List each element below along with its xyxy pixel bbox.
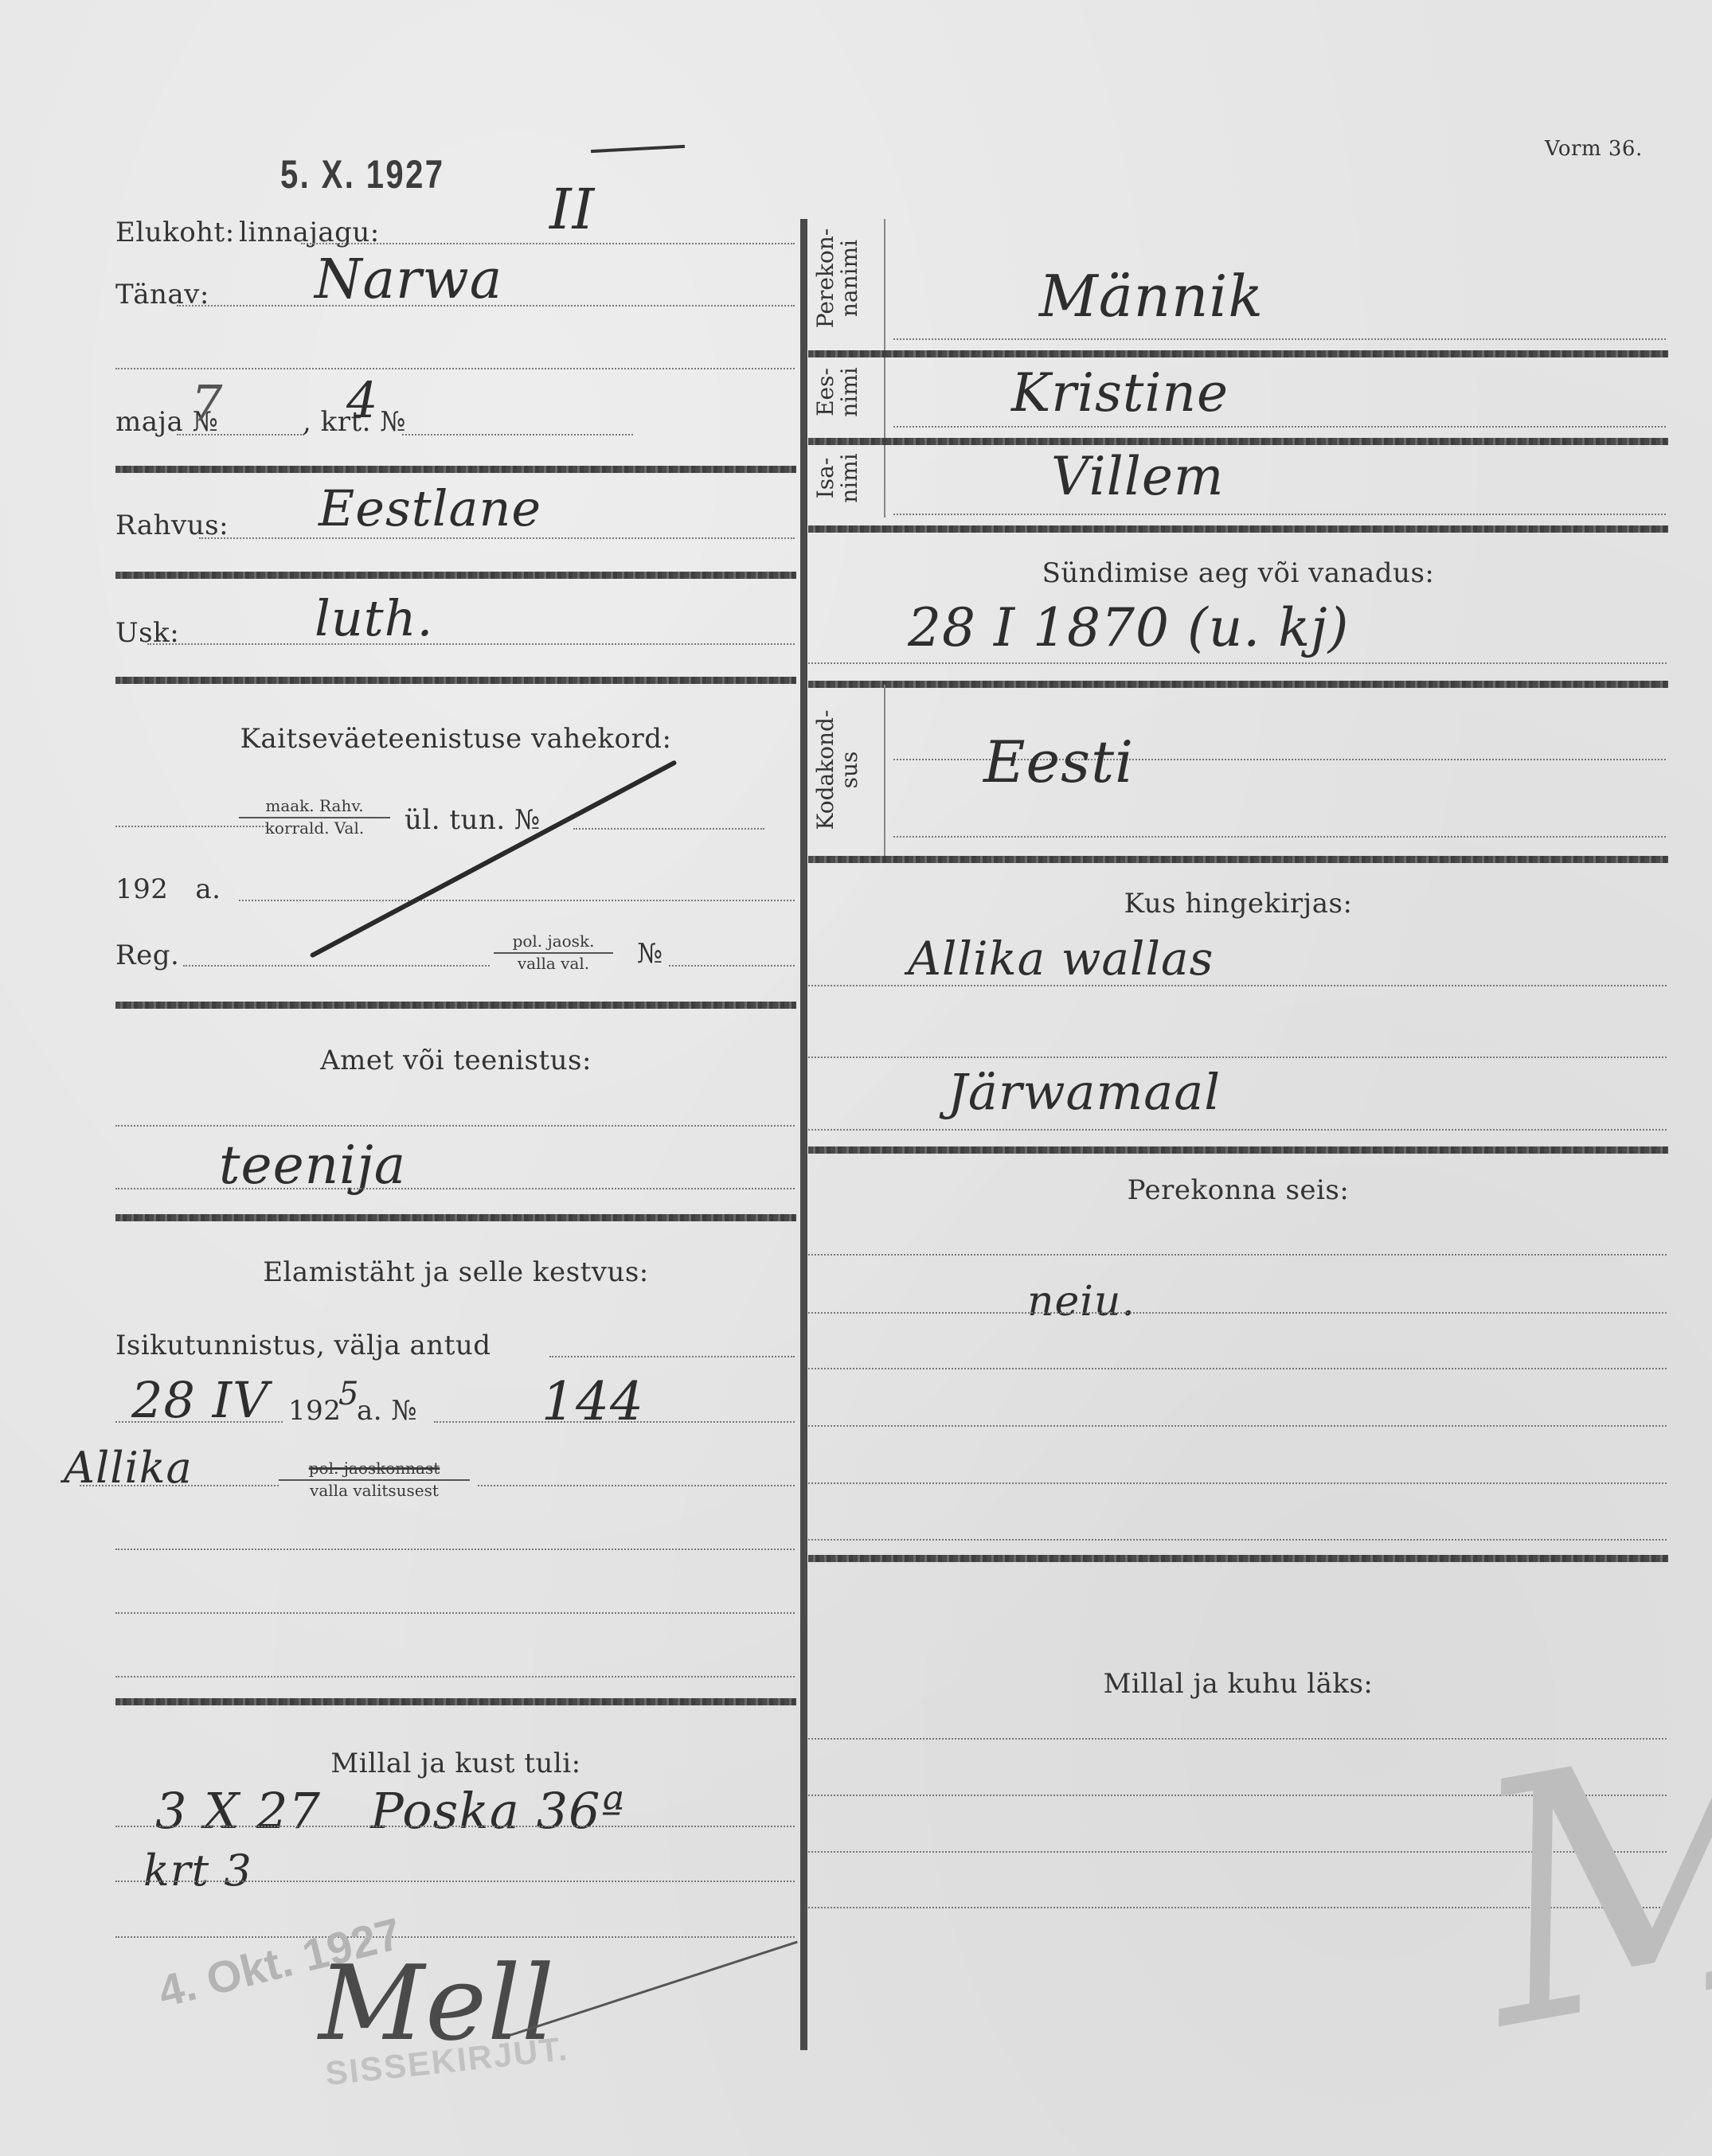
reg-frac-top: pol. jaosk. [494,932,613,954]
usk-line [147,643,795,645]
amet-line-2 [115,1188,795,1189]
hingekirjas-line1[interactable]: Allika wallas [908,932,1214,986]
divider [115,466,796,473]
form-number: Vorm 36. [1545,137,1643,161]
elamistaht-line-1 [115,1549,795,1550]
sundimise-heading: Sündimise aeg või vanadus: [808,557,1668,589]
millal-tuli-dots-1 [115,1826,795,1827]
amet-heading: Amet või teenistus: [115,1045,796,1076]
perekonna-line-1 [808,1254,1667,1256]
sundimise-value[interactable]: 28 I 1870 (u. kj) [908,597,1349,658]
sundimise-line [808,662,1667,664]
kaitse-ul-tun: ül. tun. № [405,804,541,836]
amet-value[interactable]: teenija [219,1135,406,1196]
hingekirjas-dots-2 [808,1057,1667,1058]
isik-issuer-line [80,1485,279,1486]
reg-fraction: pol. jaosk. valla val. [494,932,613,973]
year-line [239,900,795,901]
linnajagu-value[interactable]: II [549,177,595,242]
kaitse-frac-bottom: korrald. Val. [239,818,390,838]
eesnimi-line [893,426,1666,428]
year-label: 192 a. [115,873,221,905]
issuer-printed: valla valitsusest [279,1481,470,1500]
signature-bottom: Mell [319,1943,555,2064]
divider [808,681,1668,688]
kodakondsus-line-2 [893,836,1666,838]
issuer-fraction: pol. jaoskonnast valla valitsusest [279,1459,470,1500]
date-stamp-top: 5. X. 1927 [280,151,444,197]
perekonna-seis-value[interactable]: neiu. [1027,1278,1135,1326]
krt-line [402,434,633,435]
perekonna-seis-heading: Perekonna seis: [808,1174,1668,1206]
perekonna-line-4 [808,1425,1667,1427]
isik-no-value[interactable]: 144 [541,1371,644,1432]
reg-label: Reg. [115,939,179,971]
millal-tuli-line2[interactable]: krt 3 [143,1845,252,1896]
divider [808,350,1668,357]
elukoht-label: Elukoht: [115,217,235,248]
millal-laks-heading: Millal ja kuhu läks: [808,1668,1668,1700]
divider [115,1698,796,1705]
kaitse-no-line [573,828,764,830]
reg-line [183,965,490,967]
perekonnanimi-line [893,338,1666,340]
cancel-stroke [310,760,678,958]
perekonna-line-2 [808,1312,1667,1314]
kaitse-heading: Kaitseväeteenistuse vahekord: [115,723,796,755]
hingekirjas-line2[interactable]: Järwamaal [948,1063,1221,1121]
maja-value[interactable]: 7 [191,374,223,432]
perekonna-line-3 [808,1368,1667,1369]
isanimi-label: Isa- nimi [814,440,862,516]
isik-date-value[interactable]: 28 IV [131,1371,269,1429]
kaitse-frac-top: maak. Rahv. [239,796,390,818]
maja-line [177,434,304,435]
millal-tuli-line1[interactable]: 3 X 27 Poska 36ª [155,1782,625,1840]
isanimi-line [893,514,1666,515]
kaitse-fraction: maak. Rahv. korrald. Val. [239,796,390,838]
overline-mark [591,145,685,153]
signature-right-pencil: M [1450,1661,1712,2103]
perekonnanimi-value[interactable]: Männik [1039,263,1264,330]
elamistaht-heading: Elamistäht ja selle kestvus: [115,1256,796,1288]
millal-tuli-heading: Millal ja kust tuli: [115,1748,796,1779]
hingekirjas-dots-3 [808,1129,1667,1131]
eesnimi-label: Ees- nimi [814,354,862,430]
isikutunnistus-label: Isikutunnistus, välja antud [115,1330,491,1361]
perekonnanimi-label: Perekon- nanimi [814,221,862,336]
reg-no-line [669,965,795,967]
rahvus-label: Rahvus: [115,510,229,541]
isik-year-prefix: 192 [288,1395,341,1427]
usk-value[interactable]: luth. [315,589,433,647]
center-divider [800,219,807,2050]
tanav-line-2 [115,368,795,369]
linnajagu-line [301,243,795,244]
millal-tuli-dots-2 [115,1881,795,1882]
kodakondsus-value[interactable]: Eesti [983,728,1134,795]
isanimi-value[interactable]: Villem [1051,446,1224,507]
rahvus-value[interactable]: Eestlane [319,479,541,537]
hingekirjas-heading: Kus hingekirjas: [808,888,1668,920]
isikutunnistus-line [549,1356,795,1357]
tanav-value[interactable]: Narwa [315,248,502,311]
reg-no: № [637,938,663,970]
divider [808,438,1668,445]
perekonna-line-6 [808,1539,1667,1541]
divider [808,525,1668,533]
elamistaht-line-3 [115,1676,795,1678]
reg-frac-bottom: valla val. [494,954,613,973]
eesnimi-value[interactable]: Kristine [1011,362,1229,424]
perekonna-line-5 [808,1482,1667,1484]
label-column-line [884,685,885,856]
divider [115,572,796,579]
divider [808,1146,1668,1154]
krt-value[interactable]: 4 [346,371,378,429]
isik-issuer-line-2 [478,1485,795,1486]
hingekirjas-dots-1 [808,985,1667,986]
millal-tuli-dots-3 [115,1936,795,1938]
rahvus-line [199,537,795,539]
divider [808,856,1668,863]
divider [115,677,796,684]
issuer-struck: pol. jaoskonnast [279,1459,470,1481]
kodakondsus-label: Kodakond- sus [814,694,862,846]
label-column-line [884,219,885,518]
divider [115,1214,796,1221]
divider [115,1002,796,1009]
amet-line-1 [115,1125,795,1127]
divider [808,1555,1668,1562]
elamistaht-line-2 [115,1612,795,1614]
isik-a-no: a. № [357,1395,417,1427]
